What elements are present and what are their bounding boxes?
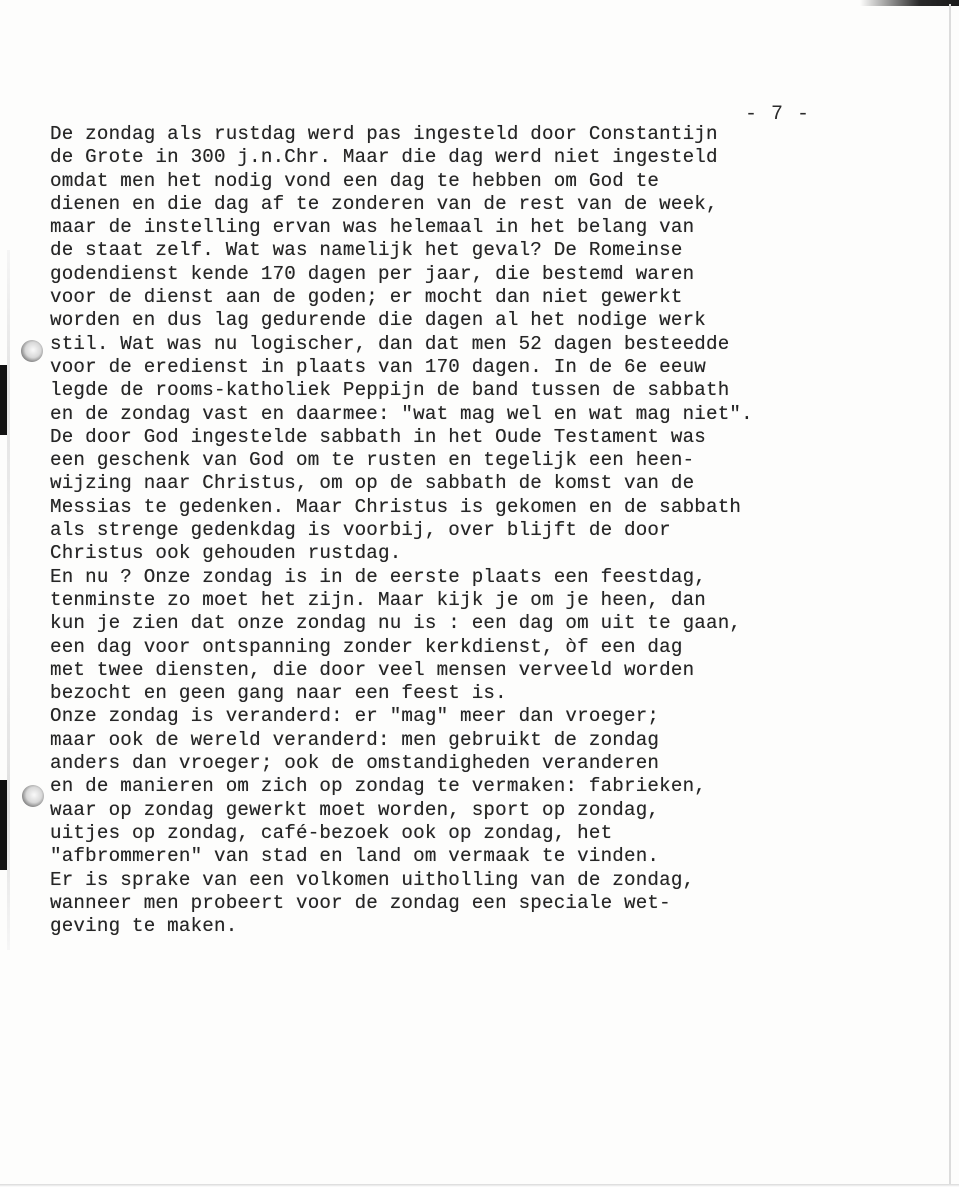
text-line: voor de dienst aan de goden; er mocht da… xyxy=(50,286,840,309)
text-line: omdat men het nodig vond een dag te hebb… xyxy=(50,170,840,193)
punch-hole-icon xyxy=(21,340,43,362)
typewritten-page: - 7 - De zondag als rustdag werd pas ing… xyxy=(0,0,959,1200)
text-line: een dag voor ontspanning zonder kerkdien… xyxy=(50,636,840,659)
text-line: wijzing naar Christus, om op de sabbath … xyxy=(50,472,840,495)
text-line: met twee diensten, die door veel mensen … xyxy=(50,659,840,682)
text-line: geving te maken. xyxy=(50,915,840,938)
text-line: maar ook de wereld veranderd: men gebrui… xyxy=(50,729,840,752)
text-line: Onze zondag is veranderd: er "mag" meer … xyxy=(50,705,840,728)
text-line: de Grote in 300 j.n.Chr. Maar die dag we… xyxy=(50,146,840,169)
text-line: als strenge gedenkdag is voorbij, over b… xyxy=(50,519,840,542)
text-line: Messias te gedenken. Maar Christus is ge… xyxy=(50,496,840,519)
binding-clip-bottom xyxy=(0,780,7,870)
text-line: waar op zondag gewerkt moet worden, spor… xyxy=(50,799,840,822)
text-line: bezocht en geen gang naar een feest is. xyxy=(50,682,840,705)
scan-shadow-top xyxy=(860,0,959,6)
text-line: voor de eredienst in plaats van 170 dage… xyxy=(50,356,840,379)
punch-hole-icon xyxy=(22,785,44,807)
body-text: De zondag als rustdag werd pas ingesteld… xyxy=(50,123,840,938)
text-line: stil. Wat was nu logischer, dan dat men … xyxy=(50,333,840,356)
text-line: De door God ingestelde sabbath in het Ou… xyxy=(50,426,840,449)
text-line: en de zondag vast en daarmee: "wat mag w… xyxy=(50,403,840,426)
text-line: tenminste zo moet het zijn. Maar kijk je… xyxy=(50,589,840,612)
text-line: uitjes op zondag, café-bezoek ook op zon… xyxy=(50,822,840,845)
page-edge-bottom xyxy=(0,1184,959,1200)
text-line: De zondag als rustdag werd pas ingesteld… xyxy=(50,123,840,146)
text-line: "afbrommeren" van stad en land om vermaa… xyxy=(50,845,840,868)
binding-clip-top xyxy=(0,365,7,435)
text-line: wanneer men probeert voor de zondag een … xyxy=(50,892,840,915)
text-line: worden en dus lag gedurende die dagen al… xyxy=(50,309,840,332)
binding-strip xyxy=(7,250,10,950)
text-line: een geschenk van God om te rusten en teg… xyxy=(50,449,840,472)
text-line: kun je zien dat onze zondag nu is : een … xyxy=(50,612,840,635)
page-edge-right xyxy=(949,4,951,1184)
text-line: Christus ook gehouden rustdag. xyxy=(50,542,840,565)
text-line: legde de rooms-katholiek Peppijn de band… xyxy=(50,379,840,402)
text-line: anders dan vroeger; ook de omstandighede… xyxy=(50,752,840,775)
text-line: Er is sprake van een volkomen uitholling… xyxy=(50,869,840,892)
text-line: En nu ? Onze zondag is in de eerste plaa… xyxy=(50,566,840,589)
text-line: dienen en die dag af te zonderen van de … xyxy=(50,193,840,216)
text-line: maar de instelling ervan was helemaal in… xyxy=(50,216,840,239)
text-line: de staat zelf. Wat was namelijk het geva… xyxy=(50,239,840,262)
text-line: en de manieren om zich op zondag te verm… xyxy=(50,775,840,798)
text-line: godendienst kende 170 dagen per jaar, di… xyxy=(50,263,840,286)
